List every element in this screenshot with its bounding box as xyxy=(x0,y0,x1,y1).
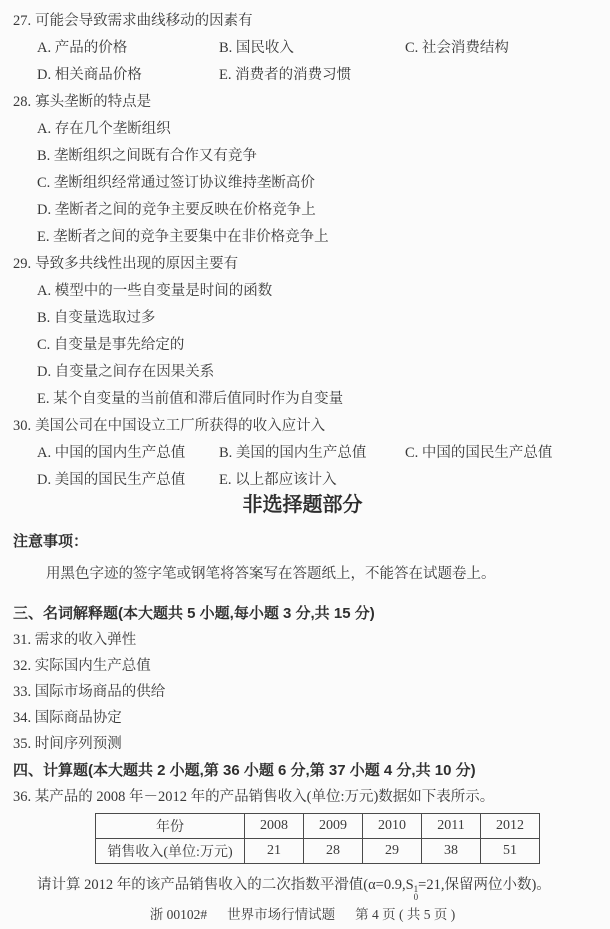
question-29-option-d: D. 自变量之间存在因果关系 xyxy=(37,359,214,386)
notice-body: 用黑色字迹的签字笔或钢笔将答案写在答题纸上，不能答在试题卷上。 xyxy=(13,561,592,588)
question-29-option-a: A. 模型中的一些自变量是时间的函数 xyxy=(37,278,272,305)
question-27-stem: 27.可能会导致需求曲线移动的因素有 xyxy=(13,8,592,35)
table-data-2008: 21 xyxy=(245,839,304,864)
section-3-heading: 三、名词解释题(本大题共 5 小题,每小题 3 分,共 15 分) xyxy=(13,600,592,627)
table-header-2010: 2010 xyxy=(363,814,422,839)
term-item-33: 33. 国际市场商品的供给 xyxy=(13,679,592,705)
question-29-option-b-row: B. 自变量选取过多 xyxy=(13,305,592,332)
question-29-option-c-row: C. 自变量是事先给定的 xyxy=(13,332,592,359)
question-30-options-row-1: A. 中国的国内生产总值 B. 美国的国内生产总值 C. 中国的国民生产总值 xyxy=(13,440,592,467)
section-4-heading: 四、计算题(本大题共 2 小题,第 36 小题 6 分,第 37 小题 4 分,… xyxy=(13,757,592,784)
question-29: 29.导致多共线性出现的原因主要有 A. 模型中的一些自变量是时间的函数 B. … xyxy=(13,251,592,413)
question-27-options-row-1: A. 产品的价格 B. 国民收入 C. 社会消费结构 xyxy=(13,35,592,62)
table-data-2010: 29 xyxy=(363,839,422,864)
question-28-option-b-row: B. 垄断组织之间既有合作又有竞争 xyxy=(13,143,592,170)
question-27-option-c: C. 社会消费结构 xyxy=(405,35,592,62)
section-title: 非选择题部分 xyxy=(13,492,592,518)
term-item-32: 32. 实际国内生产总值 xyxy=(13,653,592,679)
sales-revenue-table: 年份 2008 2009 2010 2011 2012 销售收入(单位:万元) … xyxy=(95,813,540,864)
question-30-option-e: E. 以上都应该计入 xyxy=(219,467,405,494)
page-number: 第 4 页 ( 共 5 页 ) xyxy=(355,905,455,925)
question-28-option-e-row: E. 垄断者之间的竞争主要集中在非价格竞争上 xyxy=(13,224,592,251)
question-29-number: 29. xyxy=(13,256,31,272)
table-data-2009: 28 xyxy=(304,839,363,864)
task-text-pre: 请计算 2012 年的该产品销售收入的二次指数平滑值(α=0.9,S xyxy=(37,877,414,893)
exam-paper-page: 27.可能会导致需求曲线移动的因素有 A. 产品的价格 B. 国民收入 C. 社… xyxy=(0,0,610,929)
s-subscript: 0 xyxy=(414,894,419,902)
task-text-post: =21,保留两位小数)。 xyxy=(418,877,551,893)
question-28-option-a: A. 存在几个垄断组织 xyxy=(37,116,171,143)
question-28-option-b: B. 垄断组织之间既有合作又有竞争 xyxy=(37,143,257,170)
question-27-option-b: B. 国民收入 xyxy=(219,35,405,62)
question-28-stem-text: 寡头垄断的特点是 xyxy=(35,94,151,110)
question-29-stem: 29.导致多共线性出现的原因主要有 xyxy=(13,251,592,278)
term-item-31: 31. 需求的收入弹性 xyxy=(13,627,592,653)
question-29-option-a-row: A. 模型中的一些自变量是时间的函数 xyxy=(13,278,592,305)
question-28-option-a-row: A. 存在几个垄断组织 xyxy=(13,116,592,143)
question-27-option-a: A. 产品的价格 xyxy=(37,35,219,62)
section-3: 三、名词解释题(本大题共 5 小题,每小题 3 分,共 15 分) 31. 需求… xyxy=(13,600,592,757)
table-data-2012: 51 xyxy=(481,839,540,864)
question-28-number: 28. xyxy=(13,94,31,110)
question-27-number: 27. xyxy=(13,13,31,29)
question-27-option-e: E. 消费者的消费习惯 xyxy=(219,62,405,89)
paper-code: 浙 00102# xyxy=(150,905,207,925)
term-item-34: 34. 国际商品协定 xyxy=(13,705,592,731)
question-27: 27.可能会导致需求曲线移动的因素有 A. 产品的价格 B. 国民收入 C. 社… xyxy=(13,8,592,89)
question-29-option-d-row: D. 自变量之间存在因果关系 xyxy=(13,359,592,386)
table-data-2011: 38 xyxy=(422,839,481,864)
question-27-option-d: D. 相关商品价格 xyxy=(37,62,219,89)
question-29-option-b: B. 自变量选取过多 xyxy=(37,305,155,332)
table-header-2011: 2011 xyxy=(422,814,481,839)
question-27-options-row-2: D. 相关商品价格 E. 消费者的消费习惯 xyxy=(13,62,592,89)
question-30-option-b: B. 美国的国内生产总值 xyxy=(219,440,405,467)
question-27-stem-text: 可能会导致需求曲线移动的因素有 xyxy=(35,13,253,29)
question-36-task: 请计算 2012 年的该产品销售收入的二次指数平滑值(α=0.9,S10=21,… xyxy=(13,872,592,899)
question-28-option-d-row: D. 垄断者之间的竞争主要反映在价格竞争上 xyxy=(13,197,592,224)
question-29-option-c: C. 自变量是事先给定的 xyxy=(37,332,184,359)
table-header-2008: 2008 xyxy=(245,814,304,839)
table-data-row: 销售收入(单位:万元) 21 28 29 38 51 xyxy=(96,839,540,864)
term-item-35: 35. 时间序列预测 xyxy=(13,731,592,757)
paper-title: 世界市场行情试题 xyxy=(227,905,335,925)
question-28: 28.寡头垄断的特点是 A. 存在几个垄断组织 B. 垄断组织之间既有合作又有竞… xyxy=(13,89,592,251)
notice-heading: 注意事项： xyxy=(13,528,592,555)
question-29-stem-text: 导致多共线性出现的原因主要有 xyxy=(35,256,238,272)
question-30-number: 30. xyxy=(13,418,31,434)
table-data-label: 销售收入(单位:万元) xyxy=(96,839,245,864)
notice-block: 注意事项： 用黑色字迹的签字笔或钢笔将答案写在答题纸上，不能答在试题卷上。 xyxy=(13,528,592,588)
question-30: 30.美国公司在中国设立工厂所获得的收入应计入 A. 中国的国内生产总值 B. … xyxy=(13,413,592,494)
question-30-option-c: C. 中国的国民生产总值 xyxy=(405,440,592,467)
page-footer: 浙 00102# 世界市场行情试题 第 4 页 ( 共 5 页 ) xyxy=(13,905,592,925)
question-30-stem: 30.美国公司在中国设立工厂所获得的收入应计入 xyxy=(13,413,592,440)
table-header-year: 年份 xyxy=(96,814,245,839)
question-28-option-c: C. 垄断组织经常通过签订协议维持垄断高价 xyxy=(37,170,315,197)
table-header-2009: 2009 xyxy=(304,814,363,839)
question-36-intro: 36. 某产品的 2008 年－2012 年的产品销售收入(单位:万元)数据如下… xyxy=(13,784,592,811)
question-30-option-a: A. 中国的国内生产总值 xyxy=(37,440,219,467)
question-30-option-d: D. 美国的国民生产总值 xyxy=(37,467,219,494)
question-30-stem-text: 美国公司在中国设立工厂所获得的收入应计入 xyxy=(35,418,325,434)
table-header-row: 年份 2008 2009 2010 2011 2012 xyxy=(96,814,540,839)
question-28-option-c-row: C. 垄断组织经常通过签订协议维持垄断高价 xyxy=(13,170,592,197)
question-28-option-e: E. 垄断者之间的竞争主要集中在非价格竞争上 xyxy=(37,224,329,251)
question-29-option-e-row: E. 某个自变量的当前值和滞后值同时作为自变量 xyxy=(13,386,592,413)
question-28-stem: 28.寡头垄断的特点是 xyxy=(13,89,592,116)
question-29-option-e: E. 某个自变量的当前值和滞后值同时作为自变量 xyxy=(37,386,343,413)
question-30-options-row-2: D. 美国的国民生产总值 E. 以上都应该计入 xyxy=(13,467,592,494)
table-header-2012: 2012 xyxy=(481,814,540,839)
question-28-option-d: D. 垄断者之间的竞争主要反映在价格竞争上 xyxy=(37,197,316,224)
section-4: 四、计算题(本大题共 2 小题,第 36 小题 6 分,第 37 小题 4 分,… xyxy=(13,757,592,899)
